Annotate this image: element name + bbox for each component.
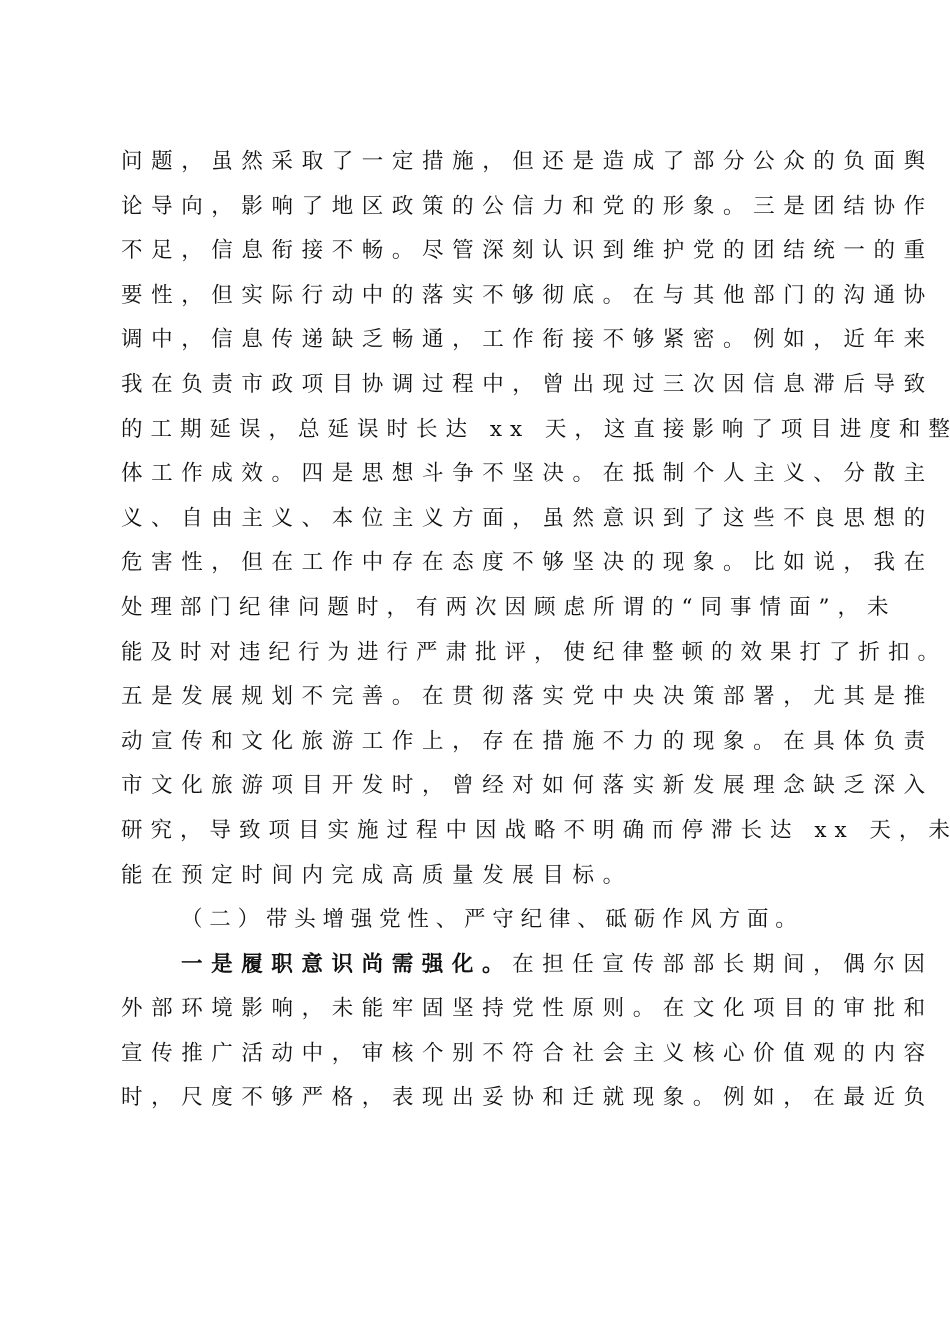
text-line: 我在负责市政项目协调过程中，曾出现过三次因信息滞后导致 [121,363,831,408]
text-line: 宣传推广活动中，审核个别不符合社会主义核心价值观的内容 [121,1032,831,1077]
text-line: 体工作成效。四是思想斗争不坚决。在抵制个人主义、分散主 [121,452,831,497]
text-line: 五是发展规划不完善。在贯彻落实党中央决策部署，尤其是推 [121,675,831,720]
paragraph-lead-rest: 在担任宣传部部长期间，偶尔因 [512,952,933,977]
text-line: 市文化旅游项目开发时，曾经对如何落实新发展理念缺乏深入 [121,764,831,809]
text-line: 调中，信息传递缺乏畅通，工作衔接不够紧密。例如，近年来 [121,318,831,363]
text-line: 的工期延误，总延误时长达 xx 天，这直接影响了项目进度和整 [121,408,831,453]
section-heading: （二）带头增强党性、严守纪律、砥砺作风方面。 [121,898,831,943]
text-line: 危害性，但在工作中存在态度不够坚决的现象。比如说，我在 [121,541,831,586]
text-line: 问题，虽然采取了一定措施，但还是造成了部分公众的负面舆 [121,140,831,185]
text-line: 义、自由主义、本位主义方面，虽然意识到了这些不良思想的 [121,497,831,542]
text-line: 一是履职意识尚需强化。在担任宣传部部长期间，偶尔因 [121,943,831,988]
text-line: 处理部门纪律问题时，有两次因顾虑所谓的“同事情面”，未 [121,586,831,631]
text-line: 外部环境影响，未能牢固坚持党性原则。在文化项目的审批和 [121,987,831,1032]
text-line: 研究，导致项目实施过程中因战略不明确而停滞长达 xx 天，未 [121,809,831,854]
text-line: 时，尺度不够严格，表现出妥协和迁就现象。例如，在最近负 [121,1076,831,1121]
text-line: 论导向，影响了地区政策的公信力和党的形象。三是团结协作 [121,185,831,230]
paragraph-lead-bold: 一是履职意识尚需强化。 [181,952,512,977]
text-line: 不足，信息衔接不畅。尽管深刻认识到维护党的团结统一的重 [121,229,831,274]
text-line: 能在预定时间内完成高质量发展目标。 [121,854,831,899]
paragraph-problems-continued: 问题，虽然采取了一定措施，但还是造成了部分公众的负面舆 论导向，影响了地区政策的… [121,140,831,898]
document-page: 问题，虽然采取了一定措施，但还是造成了部分公众的负面舆 论导向，影响了地区政策的… [121,140,831,1121]
paragraph-duty-awareness: 一是履职意识尚需强化。在担任宣传部部长期间，偶尔因 外部环境影响，未能牢固坚持党… [121,943,831,1121]
text-line: 动宣传和文化旅游工作上，存在措施不力的现象。在具体负责 [121,720,831,765]
text-line: 要性，但实际行动中的落实不够彻底。在与其他部门的沟通协 [121,274,831,319]
text-line: 能及时对违纪行为进行严肃批评，使纪律整顿的效果打了折扣。 [121,631,831,676]
